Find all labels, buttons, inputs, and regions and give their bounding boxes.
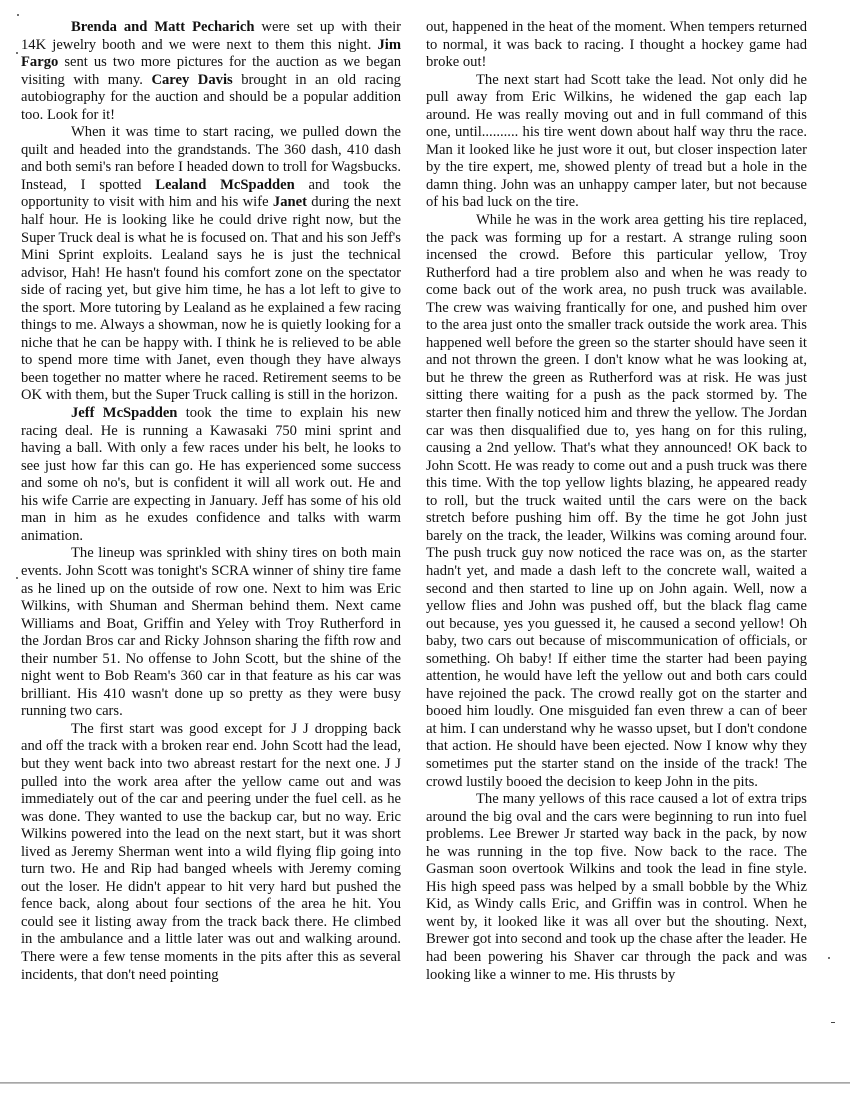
left-column: Brenda and Matt Pecharich were set up wi…: [21, 19, 401, 984]
paragraph-many-yellows: The many yellows of this race caused a l…: [426, 791, 807, 984]
bold-name: Janet: [273, 194, 307, 210]
right-column: out, happened in the heat of the moment.…: [426, 19, 807, 984]
scan-speck: [831, 1022, 835, 1023]
paragraph-continued: out, happened in the heat of the moment.…: [426, 19, 807, 72]
scan-speck: [828, 957, 830, 959]
paragraph-jeff-mcspadden: Jeff McSpadden took the time to explain …: [21, 405, 401, 545]
paragraph-text: out, happened in the heat of the moment.…: [426, 19, 807, 70]
paragraph-text: The next start had Scott take the lead. …: [426, 72, 807, 211]
paragraph-text: The many yellows of this race caused a l…: [426, 791, 807, 982]
paragraph-text: The first start was good except for J J …: [21, 721, 401, 983]
page-bottom-rule: [0, 1082, 850, 1084]
paragraph-text: during the next half hour. He is looking…: [21, 194, 401, 403]
paragraph-text: While he was in the work area getting hi…: [426, 212, 807, 790]
paragraph-lealand-mcspadden: When it was time to start racing, we pul…: [21, 124, 401, 405]
bold-name: Jeff McSpadden: [71, 405, 177, 421]
paragraph-first-start: The first start was good except for J J …: [21, 721, 401, 984]
scan-speck: [16, 52, 18, 54]
document-page: Brenda and Matt Pecharich were set up wi…: [0, 0, 850, 1100]
paragraph-lineup: The lineup was sprinkled with shiny tire…: [21, 545, 401, 720]
paragraph-work-area-ruling: While he was in the work area getting hi…: [426, 212, 807, 791]
paragraph-text: took the time to explain his new racing …: [21, 405, 401, 544]
paragraph-pecharich-booth: Brenda and Matt Pecharich were set up wi…: [21, 19, 401, 124]
scan-speck: [16, 577, 18, 579]
bold-name: Carey Davis: [151, 72, 232, 88]
paragraph-next-start: The next start had Scott take the lead. …: [426, 72, 807, 212]
bold-name: Lealand McSpadden: [155, 177, 295, 193]
bold-name: Brenda and Matt Pecharich: [71, 19, 254, 35]
scan-speck: [17, 14, 19, 16]
paragraph-text: The lineup was sprinkled with shiny tire…: [21, 545, 401, 719]
